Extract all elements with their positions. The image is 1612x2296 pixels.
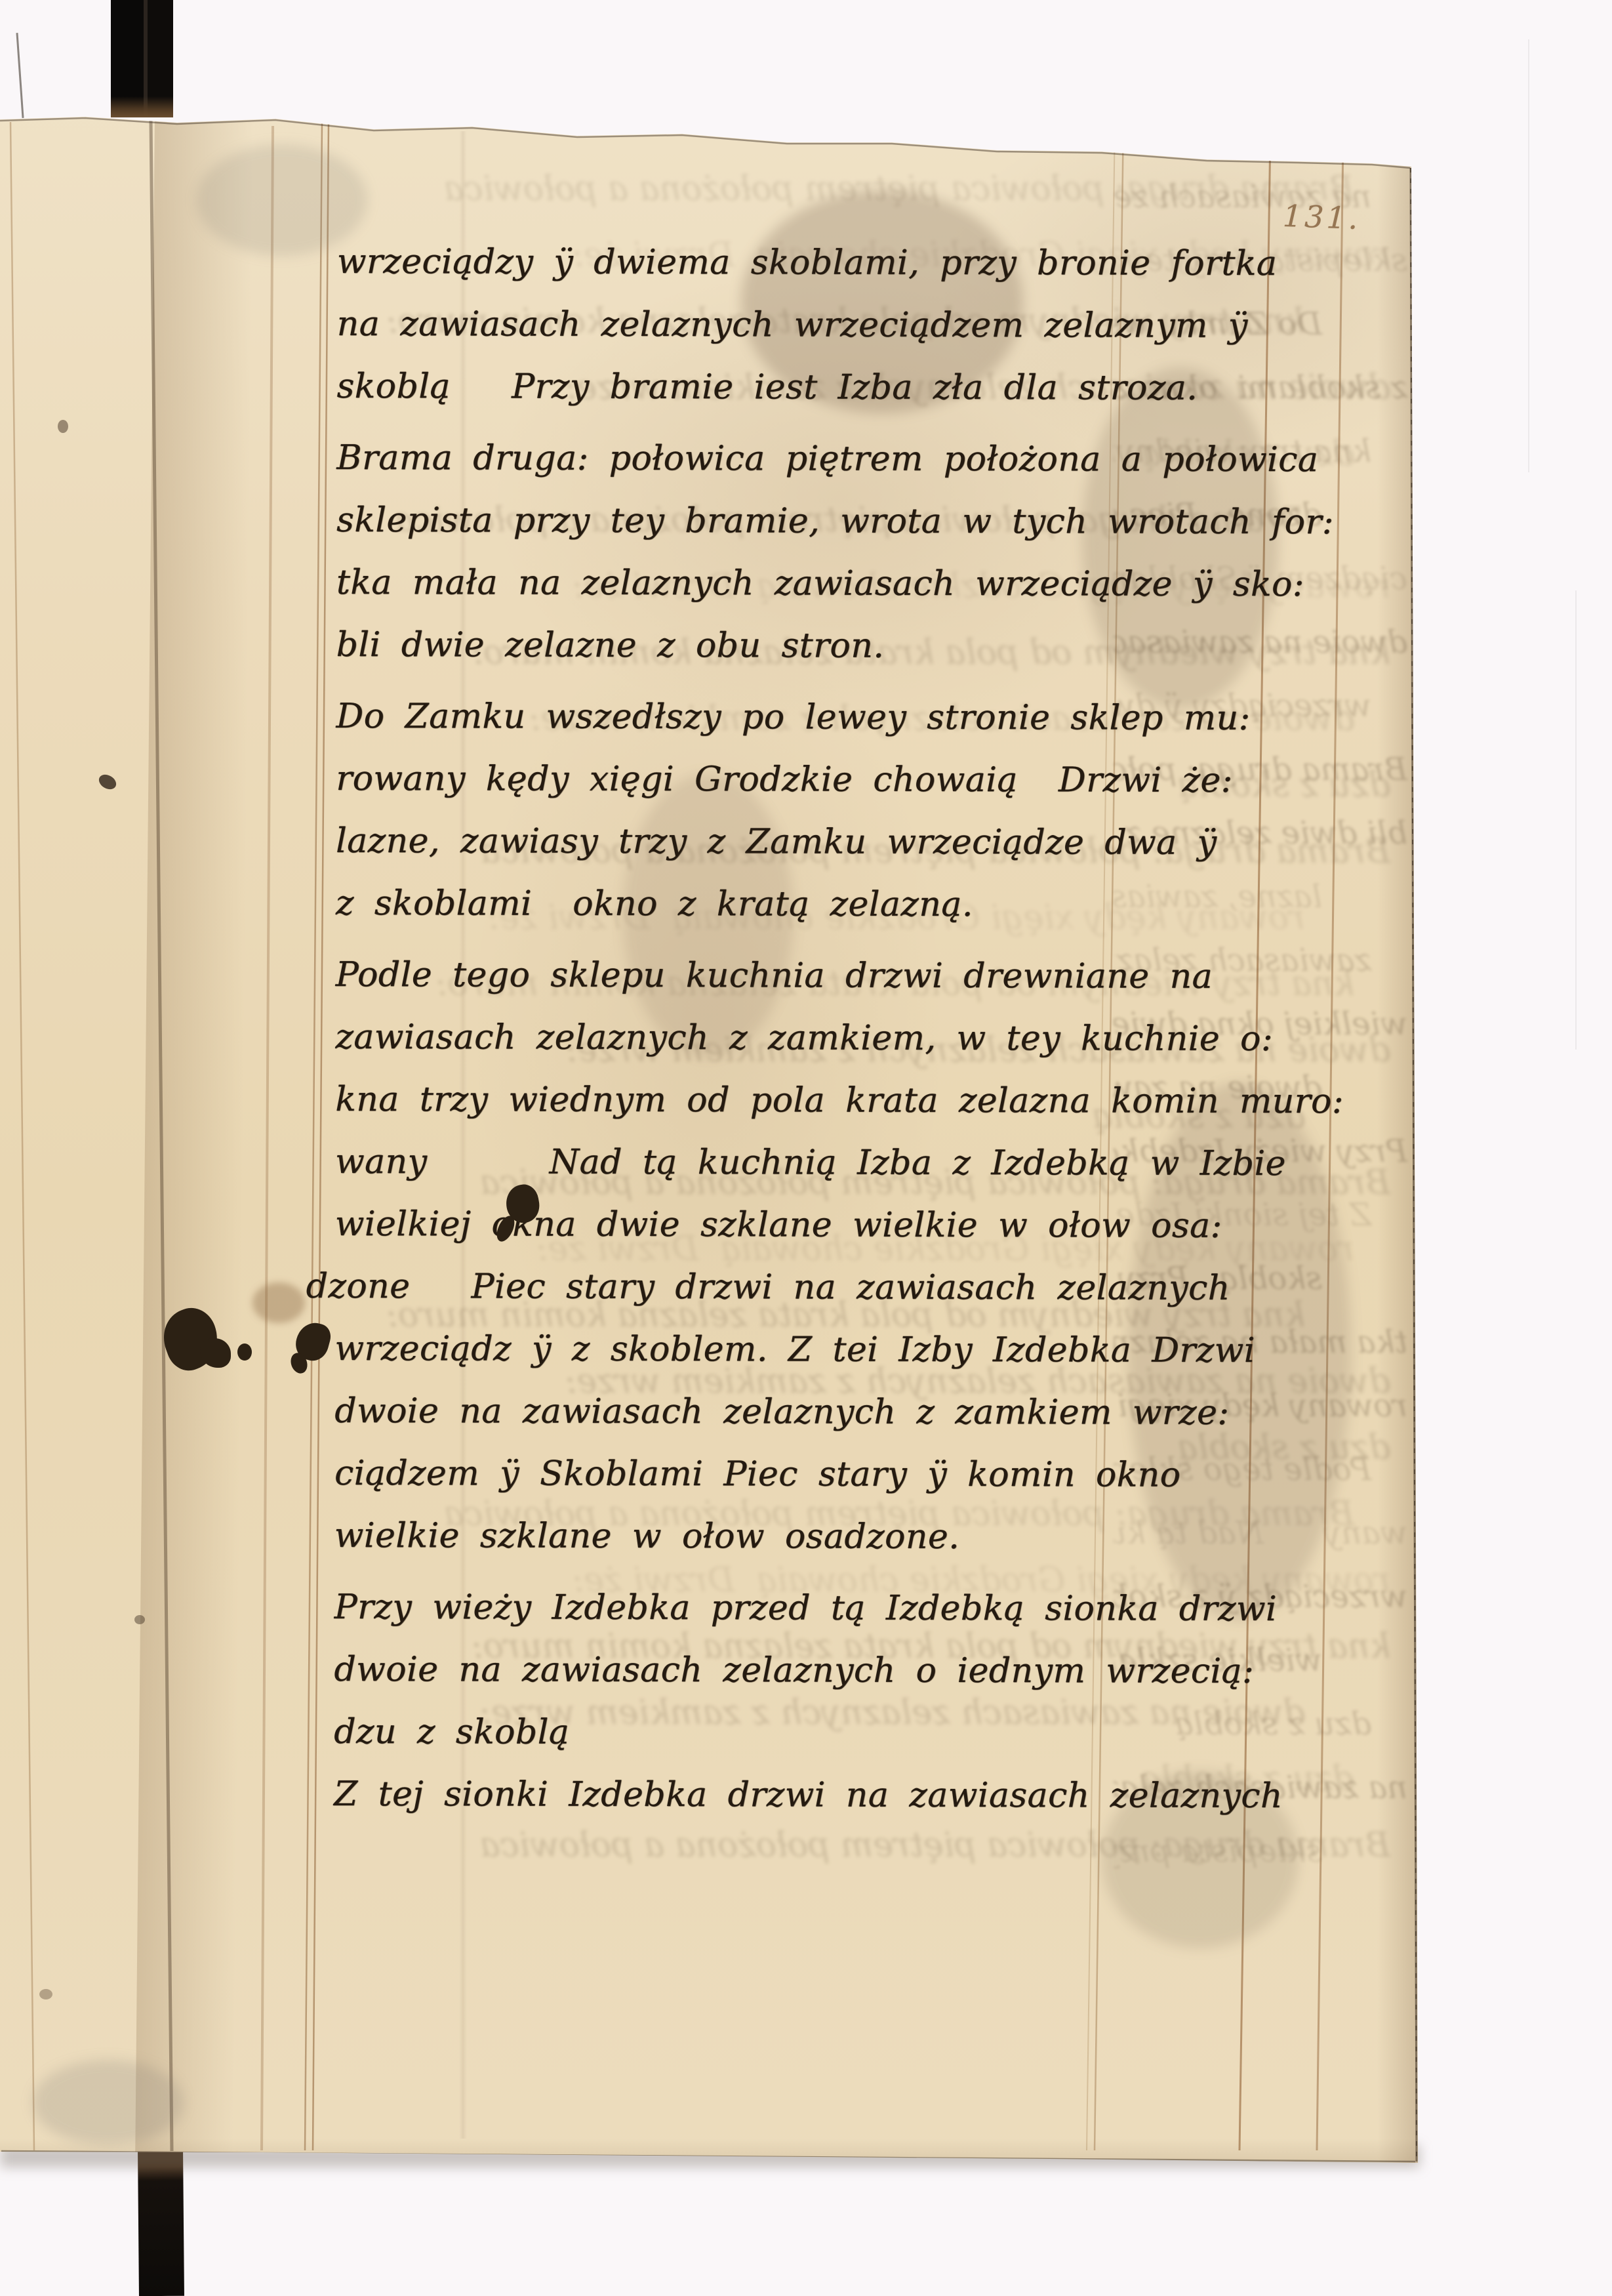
manuscript-line: wrzeciądz ÿ z skoblem. Z tei Izby Izdebk… [334,1318,1343,1382]
manuscript-line: Z tej sionki Izdebka drzwi na zawiasach … [334,1763,1342,1828]
ink-fleck [134,1615,145,1624]
manuscript-line: z skoblami okno z kratą zelazną. [336,872,1344,937]
dust-smudge [33,2060,184,2145]
ink-fleck [39,1989,52,1999]
manuscript-page: Brama druga: połowica piętrem położona a… [0,0,1423,2178]
manuscript-line: wrzeciądzy ÿ dwiema skoblami, przy broni… [337,231,1346,295]
manuscript-line: Do Zamku wszedłszy po lewey stronie skle… [336,686,1344,750]
folio-number: 131. [1282,198,1362,236]
manuscript-line: dzone Piec stary drzwi na zawiasach zela… [306,1256,1344,1320]
manuscript-line: zawiasach zelaznych z zamkiem, w tey kuc… [335,1006,1344,1071]
manuscript-line: ciądzem ÿ Skoblami Piec stary ÿ komin ok… [334,1443,1343,1507]
scanner-streak [1528,39,1529,472]
manuscript-line: wany Nad tą kuchnią Izba z Izdebką w Izb… [335,1131,1344,1195]
ink-fleck [58,420,68,433]
manuscript-line: wielkiej okna dwie szklane wielkie w oło… [335,1193,1344,1258]
manuscript-line: na zawiasach zelaznych wrzeciądzem zelaz… [337,293,1346,358]
manuscript-line: skoblą Przy bramie iest Izba zła dla str… [336,356,1345,420]
scan-background: Brama druga: połowica piętrem położona a… [0,0,1612,2296]
manuscript-line: tka mała na zelaznych zawiasach wrzeciąd… [336,552,1345,616]
manuscript-line: dwoie na zawiasach zelaznych z zamkiem w… [334,1380,1343,1445]
manuscript-line: Brama druga: połowica piętrem położona a… [336,427,1345,491]
manuscript-line: rowany kędy xięgi Grodzkie chowaią Drzwi… [336,748,1344,812]
ink-smudge [252,1282,305,1323]
manuscript-line: wielkie szklane w ołow osadzone. [334,1505,1343,1569]
manuscript-line: dwoie na zawiasach zelaznych o iednym wr… [334,1639,1342,1703]
manuscript-line: Przy wieży Izdebka przed tą Izdebką sion… [334,1576,1343,1641]
ink-blot [237,1343,252,1361]
manuscript-line: sklepista przy tey bramie, wrota w tych … [336,489,1345,554]
manuscript-text: wrzeciądzy ÿ dwiema skoblami, przy broni… [334,231,1346,1828]
scanner-streak [1575,590,1577,1050]
manuscript-line: lazne, zawiasy trzy z Zamku wrzeciądze d… [336,810,1344,874]
manuscript-line: bli dwie zelazne z obu stron. [336,614,1345,678]
manuscript-line: kna trzy wiednym od pola krata zelazna k… [335,1069,1344,1133]
book-edge-crack [16,33,24,118]
binding-ribbon-bottom [138,2151,184,2296]
manuscript-line: dzu z skoblą [334,1701,1342,1765]
binding-ribbon-top [111,0,173,117]
manuscript-line: Podle tego sklepu kuchnia drzwi drewnian… [336,944,1344,1008]
